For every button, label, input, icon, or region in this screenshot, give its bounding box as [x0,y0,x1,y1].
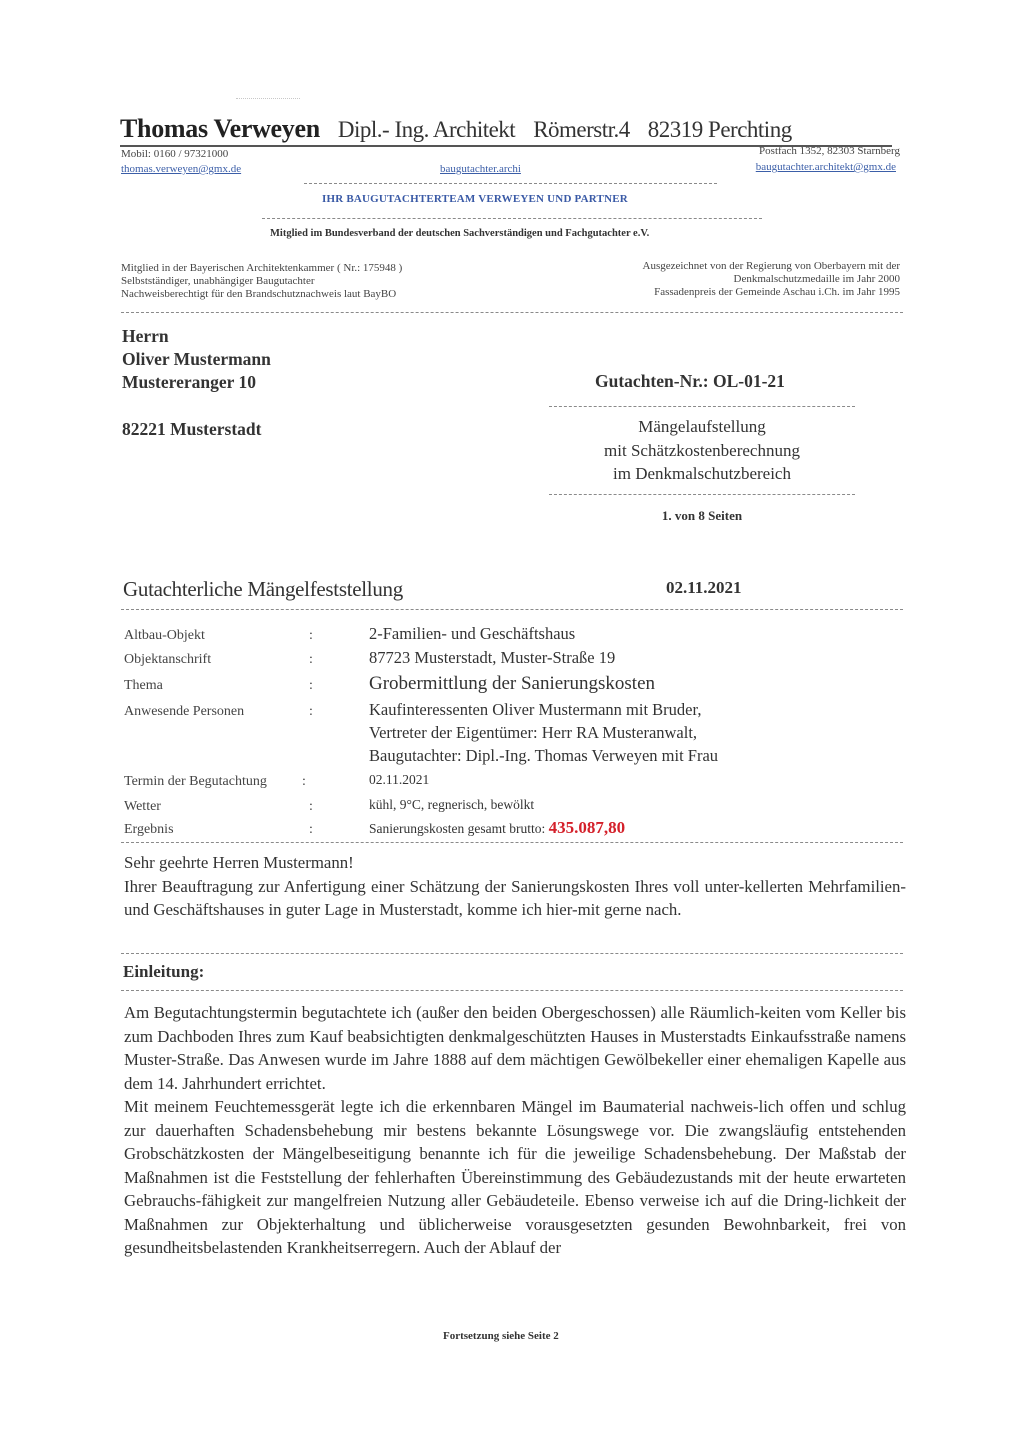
section-date: 02.11.2021 [666,578,742,598]
divider [304,183,717,184]
subject-line: mit Schätzkostenberechnung [549,439,855,463]
detail-colon: : [309,704,313,720]
subject-line: im Denkmalschutzbereich [549,462,855,486]
total-cost-value: 435.087,80 [549,818,626,837]
paragraph: Mit meinem Feuchtemessgerät legte ich di… [124,1095,906,1260]
detail-label: Wetter [124,799,161,815]
detail-value: kühl, 9°C, regnerisch, bewölkt [369,793,534,816]
divider [549,406,855,407]
architect-city: 82319 Perchting [648,117,792,142]
report-subject: Mängelaufstellung mit Schätzkostenberech… [549,415,855,486]
letter-intro: Sehr geehrte Herren Mustermann! Ihrer Be… [124,851,906,922]
paragraph: Am Begutachtungstermin begutachtete ich … [124,1001,906,1095]
detail-value-line: 87723 Musterstadt, Muster-Straße 19 [369,646,615,669]
recipient-salutation: Herrn [122,325,271,348]
detail-colon: : [309,678,313,694]
detail-value: Kaufinteressenten Oliver Mustermann mit … [369,698,718,767]
divider [262,218,762,219]
recipient-address: Herrn Oliver Mustermann Mustereranger 10 [122,325,271,394]
architect-title: Dipl.- Ing. Architekt [338,117,515,142]
detail-colon: : [302,774,306,790]
detail-value-line: Kaufinteressenten Oliver Mustermann mit … [369,698,718,721]
detail-value: 87723 Musterstadt, Muster-Straße 19 [369,646,615,669]
detail-value-line: 02.11.2021 [369,768,429,791]
detail-value-line: Sanierungskosten gesamt brutto: [369,821,549,836]
intro-body: Am Begutachtungstermin begutachtete ich … [124,1001,906,1260]
website-link[interactable]: baugutachter.archi [440,163,521,175]
intro-heading: Einleitung: [123,962,204,982]
detail-colon: : [309,628,313,644]
detail-label: Altbau-Objekt [124,628,205,644]
postbox: Postfach 1352, 82303 Starnberg [759,145,900,157]
email-link[interactable]: thomas.verweyen@gmx.de [121,163,241,175]
detail-value: 2-Familien- und Geschäftshaus [369,622,575,645]
report-number: Gutachten-Nr.: OL-01-21 [595,371,785,392]
detail-value-line: Vertreter der Eigentümer: Herr RA Muster… [369,721,718,744]
mobile-number: Mobil: 0160 / 97321000 [121,148,228,160]
detail-colon: : [309,799,313,815]
detail-value: Grobermittlung der Sanierungskosten [369,672,655,695]
info-line: Selbstständiger, unabhängiger Baugutacht… [121,275,402,288]
subject-line: Mängelaufstellung [549,415,855,439]
membership-line: Mitglied im Bundesverband der deutschen … [270,228,649,239]
team-banner: IHR BAUGUTACHTERTEAM VERWEYEN UND PARTNE… [322,193,628,205]
architect-street: Römerstr.4 [533,117,630,142]
detail-colon: : [309,822,313,838]
divider [121,842,903,843]
detail-label: Thema [124,678,163,694]
info-line: Ausgezeichnet von der Regierung von Ober… [643,260,901,273]
detail-value-line: Baugutachter: Dipl.-Ing. Thomas Verweyen… [369,744,718,767]
detail-label: Objektanschrift [124,652,211,668]
detail-colon: : [309,652,313,668]
greeting: Sehr geehrte Herren Mustermann! [124,851,906,875]
recipient-street: Mustereranger 10 [122,371,271,394]
left-info-block: Mitglied in der Bayerischen Architektenk… [121,262,402,301]
detail-value-line: kühl, 9°C, regnerisch, bewölkt [369,793,534,816]
divider [121,312,903,313]
letterhead-title-row: Thomas Verweyen Dipl.- Ing. Architekt Rö… [120,114,892,147]
detail-value-line: 2-Familien- und Geschäftshaus [369,622,575,645]
pen-scribble [236,98,300,103]
architect-name: Thomas Verweyen [120,114,320,143]
page-count: 1. von 8 Seiten [549,508,855,524]
detail-value-line: Grobermittlung der Sanierungskosten [369,672,655,695]
detail-label: Ergebnis [124,822,174,838]
email2-link[interactable]: baugutachter.architekt@gmx.de [756,161,896,173]
info-line: Mitglied in der Bayerischen Architektenk… [121,262,402,275]
divider [121,990,903,991]
info-line: Denkmalschutzmedaille im Jahr 2000 [643,273,901,286]
info-line: Fassadenpreis der Gemeinde Aschau i.Ch. … [643,286,901,299]
divider [549,494,855,495]
divider [121,609,903,610]
section-title: Gutachterliche Mängelfeststellung [123,577,403,602]
recipient-name: Oliver Mustermann [122,348,271,371]
right-info-block: Ausgezeichnet von der Regierung von Ober… [643,260,901,299]
recipient-city: 82221 Musterstadt [122,418,262,441]
detail-value: Sanierungskosten gesamt brutto: 435.087,… [369,816,625,840]
intro-paragraph: Ihrer Beauftragung zur Anfertigung einer… [124,875,906,922]
divider [121,953,903,954]
detail-label: Anwesende Personen [124,704,244,720]
detail-label: Termin der Begutachtung [124,774,267,790]
info-line: Nachweisberechtigt für den Brandschutzna… [121,288,402,301]
detail-value: 02.11.2021 [369,768,429,791]
continuation-note: Fortsetzung siehe Seite 2 [443,1330,559,1342]
